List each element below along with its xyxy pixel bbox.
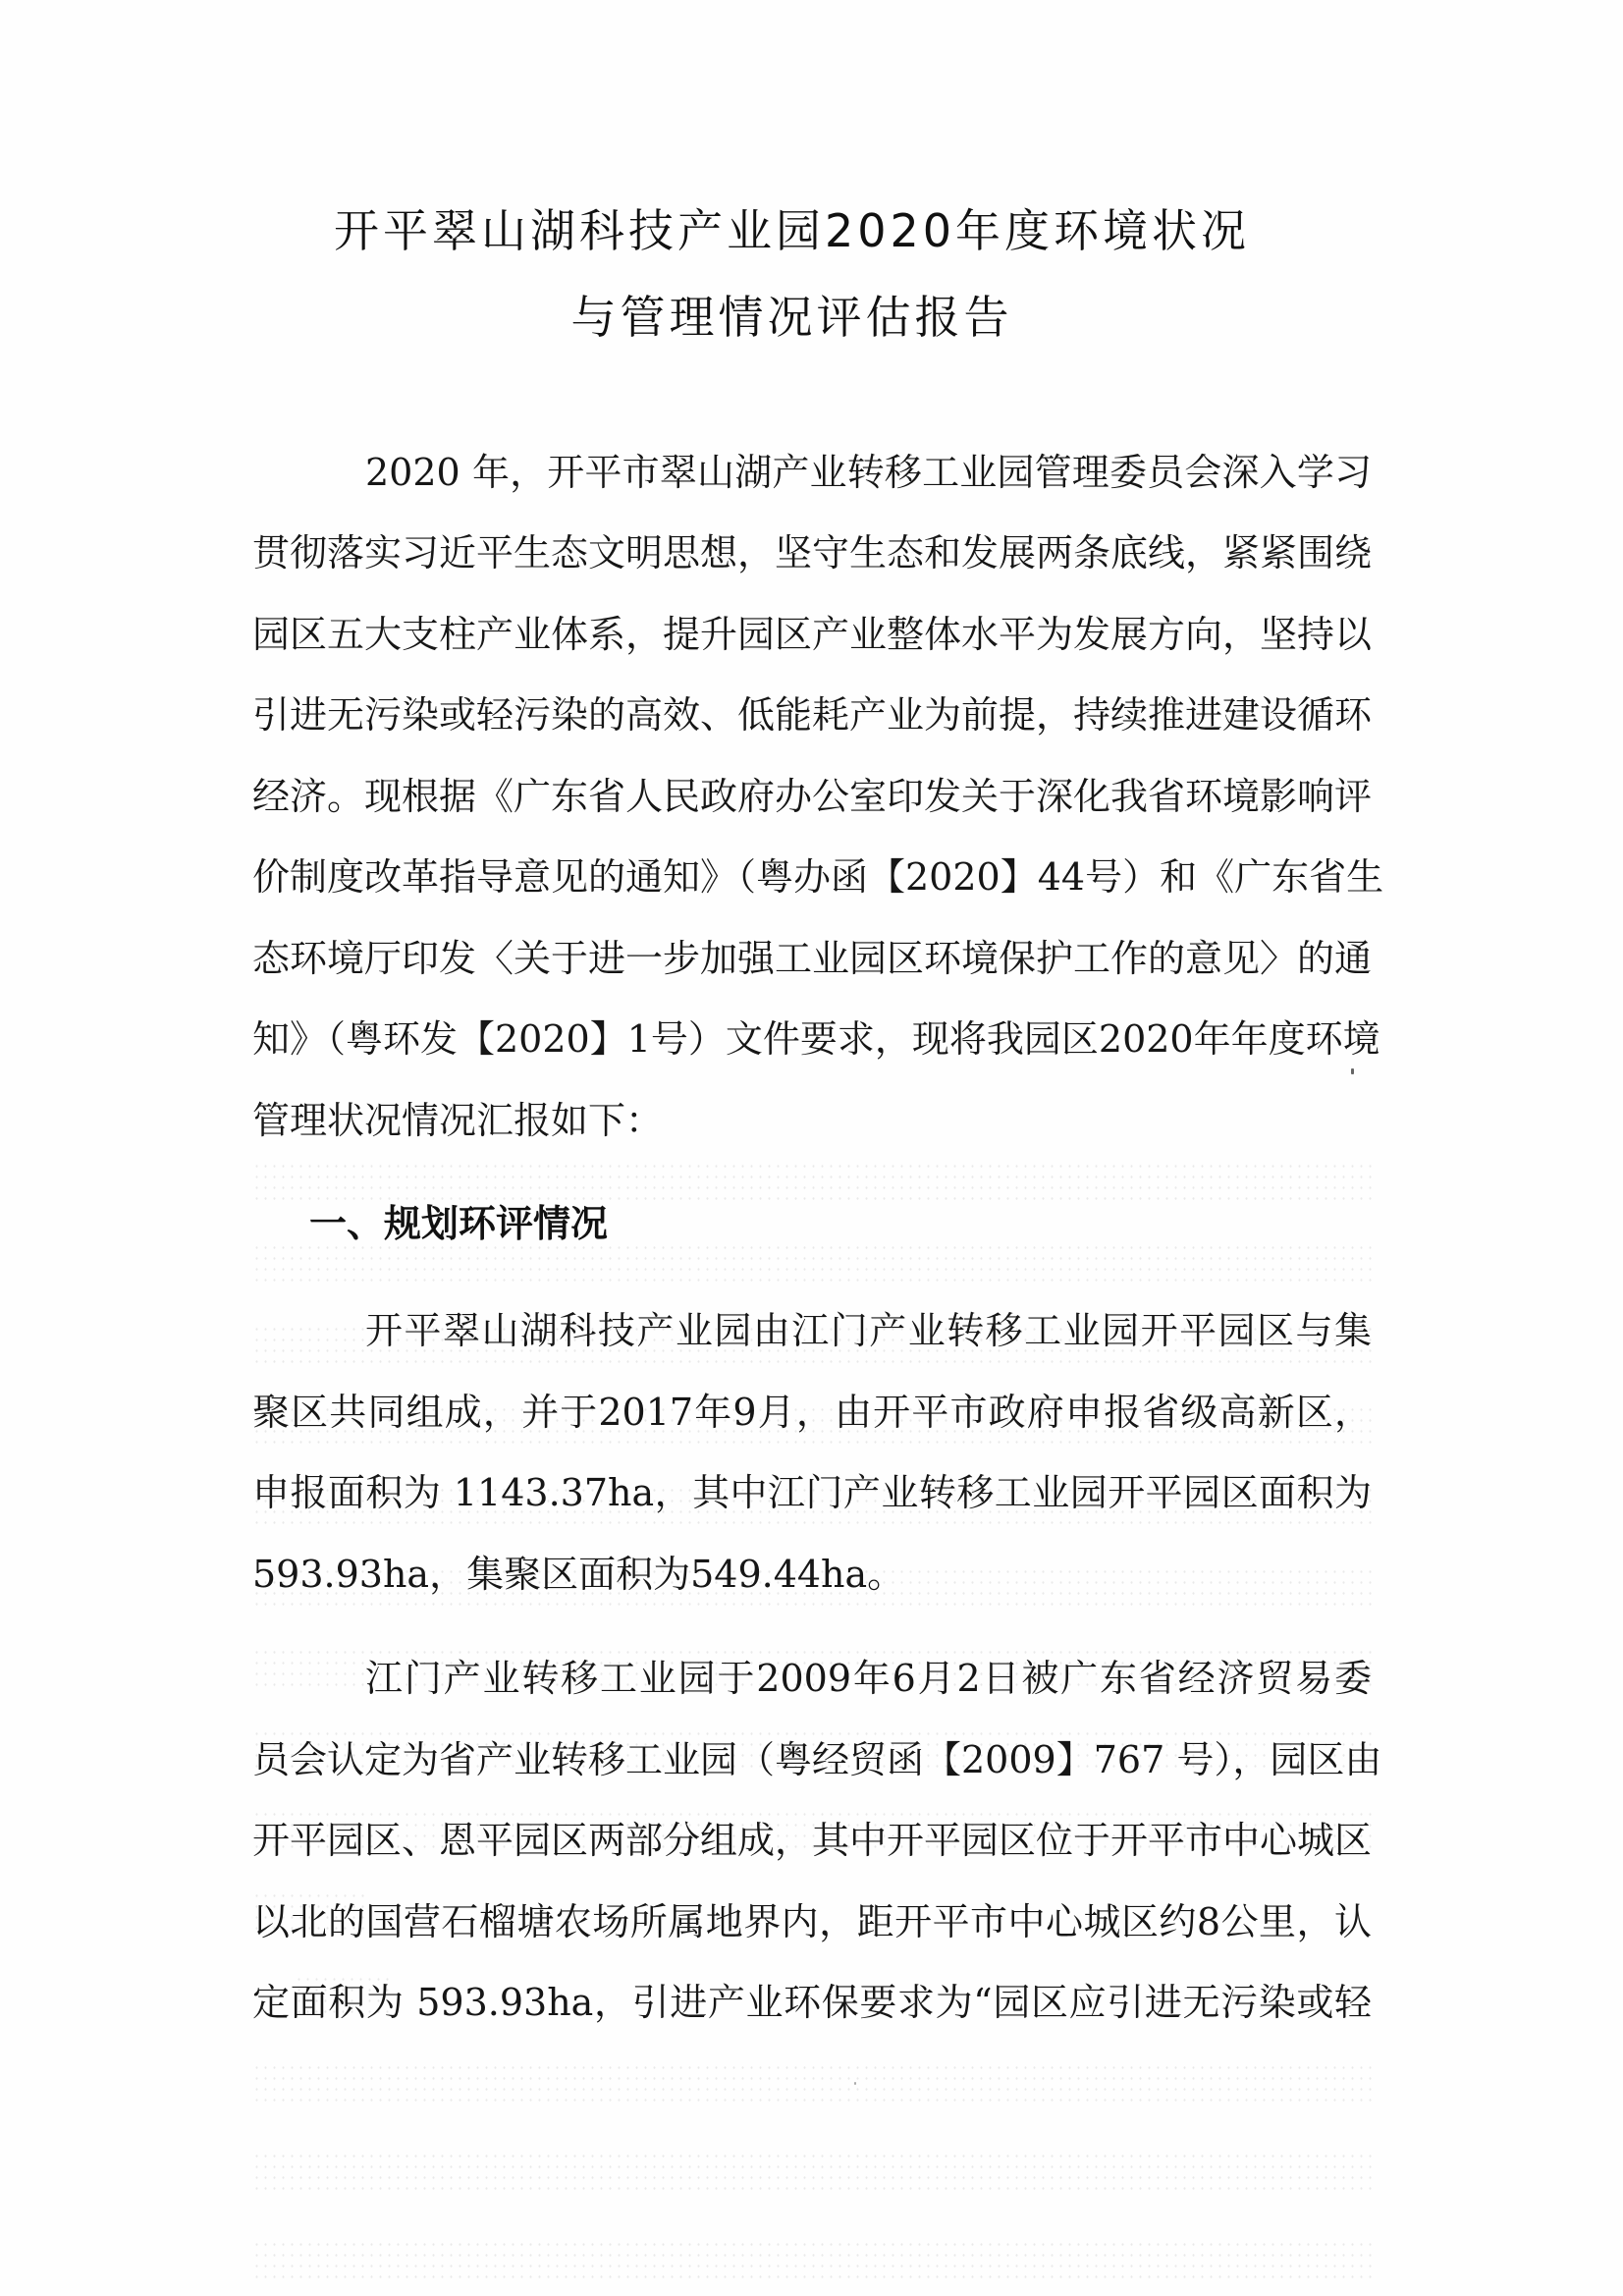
section1-p1-line-1: 开平翠山湖科技产业园由江门产业转移工业园开平园区与集 <box>365 1306 1372 1355</box>
intro-line-7: 态环境厅印发〈关于进一步加强工业园区环境保护工作的意见〉的通 <box>252 934 1372 983</box>
scan-noise <box>252 2151 1372 2190</box>
scan-noise <box>252 1161 1372 1200</box>
report-title-line-2: 与管理情况评估报告 <box>0 293 1603 342</box>
scan-noise <box>252 2239 1372 2278</box>
section1-p2-line-2: 员会认定为省产业转移工业园（粤经贸函【2009】767 号），园区由 <box>252 1735 1372 1784</box>
document-page: 开平翠山湖科技产业园2020年度环境状况 与管理情况评估报告 2020 年，开平… <box>0 0 1623 2296</box>
intro-line-9: 管理状况情况汇报如下： <box>252 1096 1372 1145</box>
section1-p2-line-3: 开平园区、恩平园区两部分组成，其中开平园区位于开平市中心城区 <box>252 1816 1372 1865</box>
section1-p1-line-2: 聚区共同组成，并于2017年9月，由开平市政府申报省级高新区， <box>252 1388 1372 1437</box>
section1-p2-line-4: 以北的国营石榴塘农场所属地界内，距开平市中心城区约8公里，认 <box>252 1897 1372 1946</box>
intro-line-4: 引进无污染或轻污染的高效、低能耗产业为前提，持续推进建设循环 <box>252 690 1372 739</box>
intro-line-2: 贯彻落实习近平生态文明思想，坚守生态和发展两条底线，紧紧围绕 <box>252 528 1372 577</box>
intro-line-5: 经济。现根据《广东省人民政府办公室印发关于深化我省环境影响评 <box>252 772 1372 821</box>
scan-speck <box>854 2082 856 2085</box>
section1-p1-line-3: 申报面积为 1143.37ha，其中江门产业转移工业园开平园区面积为 <box>252 1468 1372 1517</box>
section1-p2-line-5: 定面积为 593.93ha，引进产业环保要求为“园区应引进无污染或轻 <box>252 1978 1372 2027</box>
scan-noise <box>252 1242 1372 1282</box>
intro-line-6: 价制度改革指导意见的通知》（粤办函【2020】44号）和《广东省生 <box>252 852 1372 902</box>
scan-noise <box>252 2062 1372 2102</box>
intro-line-3: 园区五大支柱产业体系，提升园区产业整体水平为发展方向，坚持以 <box>252 610 1372 659</box>
section-heading-1: 一、规划环评情况 <box>309 1199 608 1248</box>
section1-p2-line-1: 江门产业转移工业园于2009年6月2日被广东省经济贸易委 <box>365 1654 1372 1703</box>
scan-speck <box>1351 1068 1354 1074</box>
section1-p1-line-4: 593.93ha，集聚区面积为549.44ha。 <box>252 1550 1372 1599</box>
intro-line-8: 知》（粤环发【2020】1号）文件要求，现将我园区2020年年度环境 <box>252 1014 1372 1064</box>
intro-line-1: 2020 年，开平市翠山湖产业转移工业园管理委员会深入学习 <box>365 448 1372 497</box>
report-title-line-1: 开平翠山湖科技产业园2020年度环境状况 <box>0 206 1603 255</box>
